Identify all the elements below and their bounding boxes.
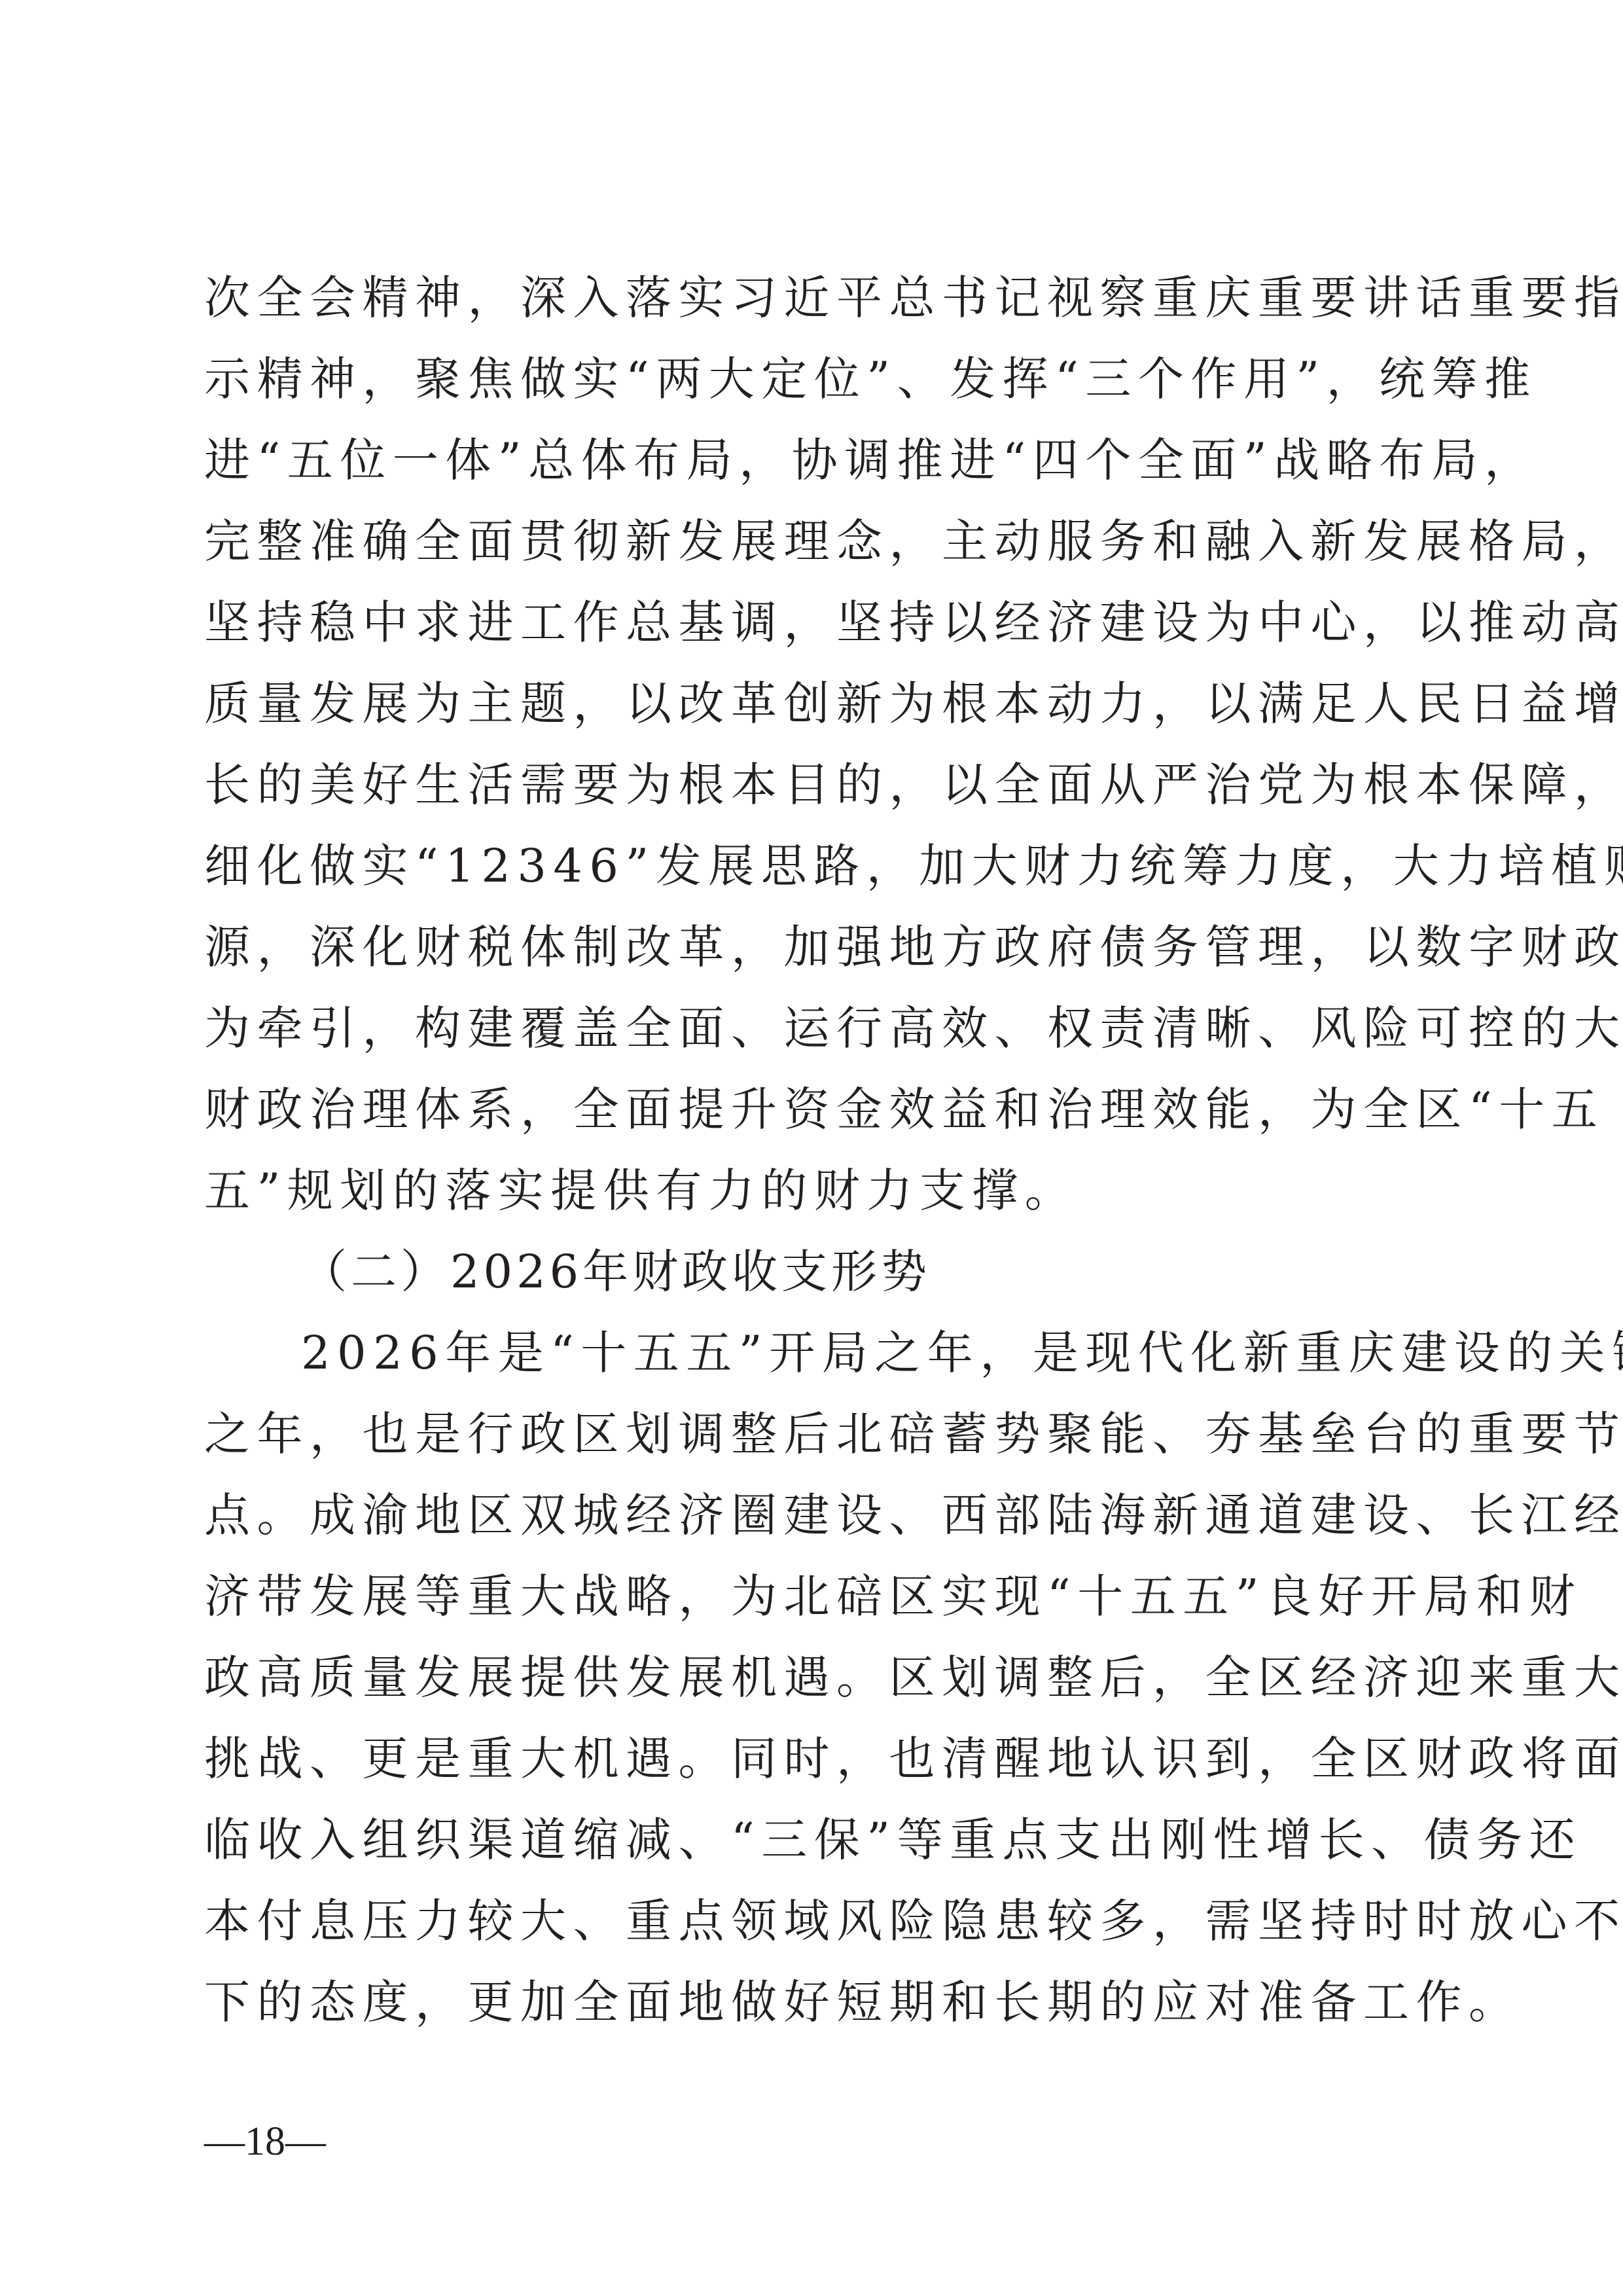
section-heading: （二）2026年财政收支形势: [301, 1231, 931, 1312]
body-line: 细化做实“12346”发展思路，加大财力统筹力度，大力培植财: [204, 825, 1421, 906]
body-line: 本付息压力较大、重点领域风险隐患较多，需坚持时时放心不: [204, 1880, 1421, 1962]
body-line: 完整准确全面贯彻新发展理念，主动服务和融入新发展格局，: [204, 501, 1421, 582]
body-line: 为牵引，构建覆盖全面、运行高效、权责清晰、风险可控的大: [204, 988, 1421, 1069]
body-line: 次全会精神，深入落实习近平总书记视察重庆重要讲话重要指: [204, 257, 1421, 338]
body-line: 进“五位一体”总体布局，协调推进“四个全面”战略布局，: [204, 420, 1421, 501]
body-line: 之年，也是行政区划调整后北碚蓄势聚能、夯基垒台的重要节: [204, 1393, 1421, 1475]
body-line: 财政治理体系，全面提升资金效益和治理效能，为全区“十五: [204, 1069, 1421, 1150]
body-line: 济带发展等重大战略，为北碚区实现“十五五”良好开局和财: [204, 1556, 1421, 1637]
body-line: 2026年是“十五五”开局之年，是现代化新重庆建设的关键: [204, 1312, 1421, 1393]
body-line: 临收入组织渠道缩减、“三保”等重点支出刚性增长、债务还: [204, 1799, 1421, 1880]
body-line: 政高质量发展提供发展机遇。区划调整后，全区经济迎来重大: [204, 1637, 1421, 1718]
body-line: 坚持稳中求进工作总基调，坚持以经济建设为中心，以推动高: [204, 582, 1421, 663]
document-page: 次全会精神，深入落实习近平总书记视察重庆重要讲话重要指 示精神，聚焦做实“两大定…: [0, 0, 1623, 2296]
body-line: 示精神，聚焦做实“两大定位”、发挥“三个作用”，统筹推: [204, 338, 1421, 420]
body-line: 质量发展为主题，以改革创新为根本动力，以满足人民日益增: [204, 663, 1421, 744]
body-line: 源，深化财税体制改革，加强地方政府债务管理，以数字财政: [204, 906, 1421, 988]
page-number: —18—: [204, 2115, 326, 2168]
body-line: 点。成渝地区双城经济圈建设、西部陆海新通道建设、长江经: [204, 1475, 1421, 1556]
body-line: 挑战、更是重大机遇。同时，也清醒地认识到，全区财政将面: [204, 1718, 1421, 1799]
body-line: 下的态度，更加全面地做好短期和长期的应对准备工作。: [204, 1962, 1421, 2043]
body-line: 五”规划的落实提供有力的财力支撑。: [204, 1150, 1421, 1231]
body-line: 长的美好生活需要为根本目的，以全面从严治党为根本保障，: [204, 744, 1421, 825]
